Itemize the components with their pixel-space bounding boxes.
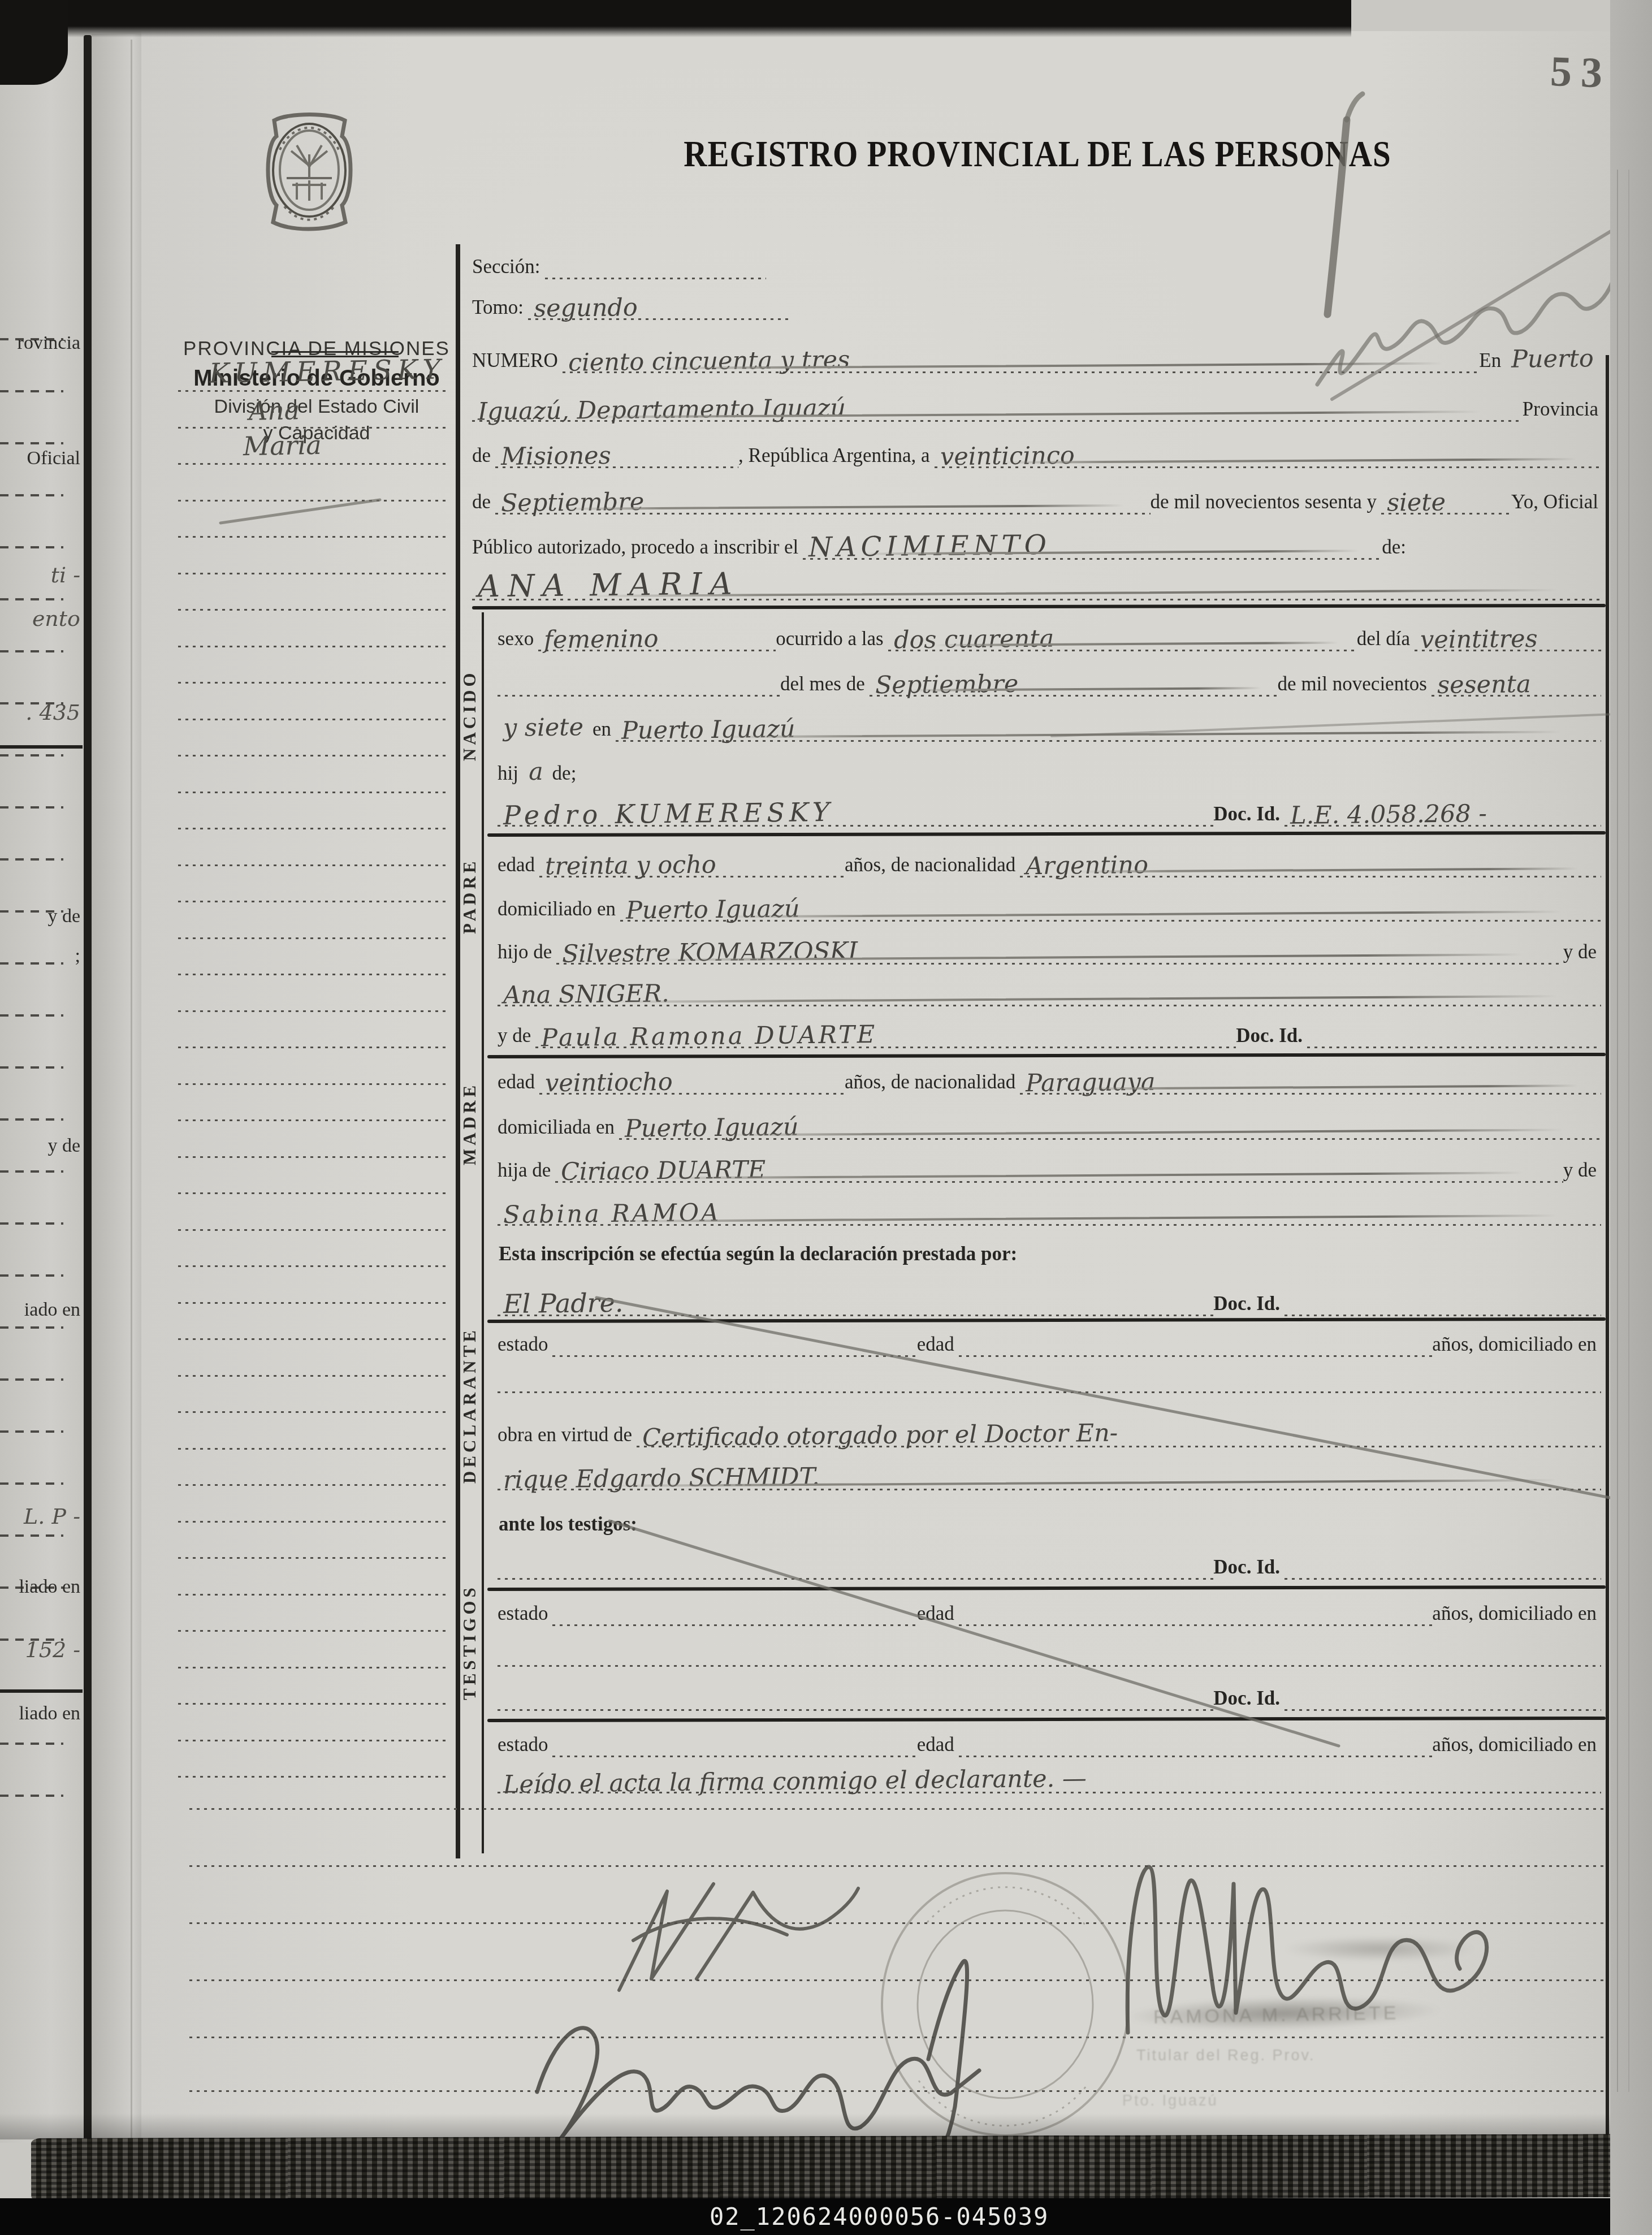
index-ruled-line xyxy=(178,536,449,538)
left-page-ruled-line xyxy=(0,1378,63,1381)
left-page-fragment: y de xyxy=(0,906,80,927)
index-ruled-line xyxy=(178,901,449,902)
index-ruled-line xyxy=(178,1010,449,1012)
left-page-fragment: ento xyxy=(0,606,80,631)
padre-nombre-line: Pedro KUMERESKY xyxy=(498,792,1213,827)
tomo-line: segundo xyxy=(528,289,789,320)
anio-line: siete xyxy=(1381,484,1511,515)
obra-line-2: rique Edgardo SCHMIDT. xyxy=(498,1460,1601,1490)
left-page-fragment: rovincia xyxy=(0,332,80,354)
cierre-line: Leído el acta la firma conmigo el declar… xyxy=(498,1763,1601,1793)
index-ruled-line xyxy=(178,1484,449,1486)
index-ruled-line xyxy=(178,828,449,829)
padre-nacionalidad-line: Argentino xyxy=(1020,847,1601,877)
provincia-de-misiones-seal-icon xyxy=(257,110,362,232)
row-padre-abuelo: hijo de Silvestre KOMARZOSKI y de xyxy=(498,934,1601,965)
index-ruled-line xyxy=(178,573,449,574)
index-ruled-line xyxy=(178,1667,449,1668)
index-ruled-line xyxy=(178,1776,449,1778)
hijo-insert-value: a xyxy=(523,758,552,786)
blank-ruled-line xyxy=(189,1922,1606,1924)
blank-ruled-line xyxy=(189,1979,1606,1981)
left-page-ruled-line xyxy=(0,494,63,496)
left-page-ruled-line xyxy=(0,442,63,444)
left-page-ruled-line xyxy=(0,858,63,861)
section-label-testigos: TESTIGOS xyxy=(457,1558,483,1727)
row-seccion: Sección: xyxy=(472,249,766,279)
section-label-madre: MADRE xyxy=(457,1074,483,1173)
index-ruled-line xyxy=(178,1047,449,1048)
archive-code-bar: 02_120624000056-045039 xyxy=(0,2198,1652,2235)
left-page-ruled-line xyxy=(0,1222,63,1225)
index-ruled-line xyxy=(178,1594,449,1596)
row-testigo2-estado: estado edad años, domiciliado en xyxy=(498,1727,1601,1757)
left-page-fragment: iado en xyxy=(0,1299,80,1321)
row-declarante-blank xyxy=(498,1363,1601,1393)
tomo-label: Tomo: xyxy=(472,296,528,320)
page-right-rule xyxy=(1606,355,1609,2181)
left-page-ruled-line xyxy=(0,1274,63,1277)
left-page-fragment: ; xyxy=(0,945,80,967)
padre-edad-line: treinta y ocho xyxy=(539,847,845,877)
row-padre-nombre: Pedro KUMERESKY Doc. Id. L.E. 4.058.268 … xyxy=(498,792,1601,827)
separator xyxy=(487,1585,1606,1591)
index-ruled-line xyxy=(178,1192,449,1194)
row-obra: obra en virtud de Certificado otorgado p… xyxy=(498,1417,1601,1447)
row-testigos-blank xyxy=(498,1636,1601,1667)
index-given-name-2: Maria xyxy=(243,430,322,461)
index-ruled-line xyxy=(178,1411,449,1413)
left-page-ruled-line xyxy=(0,806,63,809)
left-page-ruled-line xyxy=(0,1534,63,1537)
departamento-line: Iguazú, Departamento Iguazú xyxy=(472,391,1523,422)
left-page-heavy-rule xyxy=(0,1689,83,1693)
index-ruled-line xyxy=(178,1703,449,1705)
index-ruled-line xyxy=(178,1740,449,1741)
row-departamento: Iguazú, Departamento Iguazú Provincia xyxy=(472,391,1603,422)
binding-fabric xyxy=(31,2134,1624,2201)
anio-nac-line: sesenta xyxy=(1432,666,1601,697)
index-ruled-line xyxy=(178,1302,449,1304)
mes-nac-line: Septiembre xyxy=(870,666,1278,697)
ink-smudge xyxy=(1283,1936,1476,1961)
lugar-line: Puerto Iguazú xyxy=(616,711,1601,742)
madre-domicilio-line: Puerto Iguazú xyxy=(619,1109,1601,1140)
separator xyxy=(487,1717,1606,1722)
blank-ruled-line xyxy=(189,2090,1606,2092)
padre-abuela-line: Ana SNIGER. xyxy=(498,976,1601,1006)
scan-top-shadow xyxy=(0,0,1351,37)
row-hijo-de: hij a de; xyxy=(498,755,735,786)
row-numero: NUMERO ciento cincuenta y tres En Puerto xyxy=(472,343,1603,373)
separator xyxy=(472,604,1606,609)
index-ruled-line xyxy=(178,974,449,975)
index-ruled-line xyxy=(178,500,449,502)
index-ruled-line xyxy=(178,1265,449,1267)
row-padre-domicilio: domiciliado en Puerto Iguazú xyxy=(498,891,1601,922)
row-madre-nombre: y de Paula Ramona DUARTE Doc. Id. xyxy=(498,1018,1601,1048)
index-given-name-1: Ana xyxy=(249,395,300,426)
row-acto: Público autorizado, procedo a inscribir … xyxy=(472,529,1603,560)
index-ruled-line xyxy=(178,1557,449,1559)
declarante-line: El Padre. xyxy=(498,1281,1213,1316)
index-ruled-line xyxy=(178,1375,449,1377)
section-label-nacido: NACIDO xyxy=(457,667,483,763)
left-page-fragment: liado en xyxy=(0,1576,80,1598)
left-page-fragment: L. P - xyxy=(0,1504,80,1529)
padre-doc-line: L.E. 4.058.268 - xyxy=(1285,792,1601,827)
separator xyxy=(487,831,1606,837)
row-sexo: sexo femenino ocurrido a las dos cuarent… xyxy=(498,621,1601,651)
index-ruled-line xyxy=(178,937,449,939)
provincia-label: Provincia xyxy=(1523,398,1603,422)
row-testigo1-estado: estado edad años, domiciliado en xyxy=(498,1596,1601,1626)
gutter-fold-line xyxy=(131,40,132,2143)
dia-line: veinticinco xyxy=(935,438,1603,468)
section-label-declarante: DECLARANTE xyxy=(457,1317,483,1493)
left-page-fragment: ti - xyxy=(0,563,80,587)
ink-smudge xyxy=(1125,1994,1442,2033)
row-padre-abuela: Ana SNIGER. xyxy=(498,976,1601,1006)
sexo-line: femenino xyxy=(538,621,776,651)
index-ruled-line xyxy=(178,646,449,647)
madre-nombre-line: Paula Ramona DUARTE xyxy=(535,1018,1236,1048)
index-ruled-line xyxy=(178,609,449,611)
index-ruled-line xyxy=(178,1229,449,1231)
page-title: REGISTRO PROVINCIAL DE LAS PERSONAS xyxy=(670,133,1405,175)
left-page-fragment: 152 - xyxy=(0,1637,80,1662)
padre-domicilio-line: Puerto Iguazú xyxy=(620,891,1601,922)
scan-right-margin xyxy=(1610,0,1652,2235)
provincia-line: Misiones xyxy=(495,438,738,468)
index-ruled-line xyxy=(178,1156,449,1158)
left-page-fragment: liado en xyxy=(0,1703,80,1724)
blank-ruled-line xyxy=(189,2037,1606,2038)
left-page-ruled-line xyxy=(0,754,63,756)
index-ruled-line xyxy=(178,792,449,793)
row-provincia: de Misiones , República Argentina, a vei… xyxy=(472,438,1603,468)
row-madre-abuela: Sabina RAMOA xyxy=(498,1195,1601,1226)
index-ruled-line xyxy=(178,1338,449,1340)
mes-line: Septiembre xyxy=(495,484,1151,515)
left-page-ruled-line xyxy=(0,1170,63,1173)
row-testigo2-doc: Doc. Id. xyxy=(498,1680,1601,1711)
row-padre-edad: edad treinta y ocho años, de nacionalida… xyxy=(498,847,1601,877)
letterhead-division-1: División del Estado Civil xyxy=(181,396,452,418)
padre-abuelo-line: Silvestre KOMARZOSKI xyxy=(556,934,1563,965)
letterhead-divider xyxy=(271,351,399,353)
left-page-ruled-line xyxy=(0,1743,63,1745)
index-ruled-line xyxy=(178,682,449,684)
left-page-ruled-line xyxy=(0,1430,63,1433)
row-madre-domicilio: domiciliada en Puerto Iguazú xyxy=(498,1109,1601,1140)
left-page-ruled-line xyxy=(0,1482,63,1485)
stamp-title-line: Titular del Reg. Prov. xyxy=(1136,2047,1316,2064)
en-label: En xyxy=(1479,349,1506,373)
separator xyxy=(487,1317,1606,1323)
row-testigos-heading: ante los testigos: xyxy=(499,1506,951,1537)
scan-corner-artifact xyxy=(0,0,68,85)
acto-line: NACIMIENTO xyxy=(803,529,1382,560)
madre-abuela-line: Sabina RAMOA xyxy=(498,1195,1601,1226)
madre-doc-line xyxy=(1307,1018,1601,1048)
left-page-ruled-line xyxy=(0,1326,63,1329)
scanned-birth-register-page: rovinciaOficialti -ento. 435y de;y deiad… xyxy=(0,0,1652,2235)
register-form-page: 53 REGISTRO PROVINCIAL DE LAS PERSONAS P… xyxy=(141,31,1652,2146)
hora-line: dos cuarenta xyxy=(888,621,1357,651)
index-ruled-line xyxy=(178,1448,449,1450)
madre-edad-line: veintiocho xyxy=(539,1064,845,1095)
left-page-ruled-line xyxy=(0,598,63,600)
en-place-value: Puerto xyxy=(1506,344,1603,374)
previous-page-edge: rovinciaOficialti -ento. 435y de;y deiad… xyxy=(0,34,85,2143)
page-number: 53 xyxy=(1550,47,1612,98)
row-declaracion-heading: Esta inscripción se efectúa según la dec… xyxy=(499,1236,1602,1266)
left-page-ruled-line xyxy=(0,1118,63,1121)
blank-lead-line xyxy=(498,666,780,697)
left-page-ruled-line xyxy=(0,1014,63,1017)
left-page-ruled-line xyxy=(0,1795,63,1797)
numero-label: NUMERO xyxy=(472,349,563,373)
index-ruled-line xyxy=(178,427,449,429)
index-ruled-line xyxy=(178,755,449,756)
left-page-ruled-line xyxy=(0,650,63,652)
index-ruled-line xyxy=(178,1119,449,1121)
row-fecha: de Septiembre de mil novecientos sesenta… xyxy=(472,484,1603,515)
row-inscripto: ANA MARIA xyxy=(472,564,1603,600)
index-ruled-line xyxy=(178,390,449,392)
page-edge-line xyxy=(1628,170,1629,2092)
left-page-ruled-line xyxy=(0,546,63,548)
left-page-ruled-line xyxy=(0,1066,63,1069)
archive-code: 02_120624000056-045039 xyxy=(710,2203,1049,2230)
index-ruled-line xyxy=(178,1630,449,1632)
left-page-fragment: Oficial xyxy=(0,448,80,469)
numero-line: ciento cincuenta y tres xyxy=(563,343,1480,373)
row-madre-edad: edad veintiocho años, de nacionalidad Pa… xyxy=(498,1064,1601,1095)
left-page-ruled-line xyxy=(0,390,63,392)
obra-line: Certificado otorgado por el Doctor En- xyxy=(637,1417,1601,1447)
index-ruled-line xyxy=(178,1521,449,1523)
blank-ruled-line xyxy=(189,1865,1606,1867)
section-label-padre: PADRE xyxy=(457,848,483,944)
stamp-place-line: Pto. Iguazú xyxy=(1122,2092,1218,2109)
row-cierre: Leído el acta la firma conmigo el declar… xyxy=(498,1763,1601,1793)
row-madre-abuelo: hija de Ciriaco DUARTE y de xyxy=(498,1152,1601,1183)
inscripto-line: ANA MARIA xyxy=(472,564,1603,600)
row-lugar-nacimiento: y siete en Puerto Iguazú xyxy=(498,711,1601,742)
madre-abuelo-line: Ciriaco DUARTE xyxy=(555,1152,1563,1183)
declarante-doc-line xyxy=(1285,1281,1601,1316)
index-surname: KUMERESKY xyxy=(209,353,447,389)
index-ruled-line xyxy=(178,463,449,465)
row-declarante: El Padre. Doc. Id. xyxy=(498,1281,1601,1316)
page-edge-line xyxy=(1617,170,1618,2092)
seccion-label: Sección: xyxy=(472,256,545,279)
left-page-fragment: y de xyxy=(0,1135,80,1157)
row-tomo: Tomo: segundo xyxy=(472,289,789,320)
dia-nac-line: veintitres xyxy=(1415,621,1601,651)
index-ruled-line xyxy=(178,719,449,720)
row-obra-2: rique Edgardo SCHMIDT. xyxy=(498,1460,1601,1490)
blank-ruled-line xyxy=(189,1808,1606,1810)
row-testigo1-doc: Doc. Id. xyxy=(498,1549,1601,1580)
madre-nacionalidad-line: Paraguaya xyxy=(1020,1064,1601,1095)
seccion-line xyxy=(545,249,766,279)
row-mes-nacimiento: del mes de Septiembre de mil novecientos… xyxy=(498,666,1601,697)
previous-page-rule xyxy=(84,35,92,2145)
index-ruled-line xyxy=(178,864,449,866)
index-ruled-line xyxy=(178,1083,449,1085)
separator xyxy=(487,1053,1606,1058)
left-page-fragment: . 435 xyxy=(0,700,80,725)
row-declarante-estado: estado edad años, domiciliado en xyxy=(498,1326,1601,1357)
left-page-heavy-rule xyxy=(0,745,83,749)
anio-part2-value: y siete xyxy=(498,713,593,742)
